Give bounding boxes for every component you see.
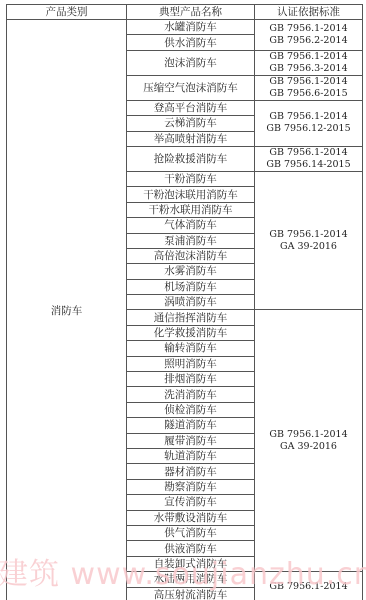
header-row: 产品类别 典型产品名称 认证依据标准 [7,5,363,20]
product-name: 排烟消防车 [127,372,255,387]
product-name: 高倍泡沫消防车 [127,248,255,263]
product-name: 自装卸式消防车 [127,556,255,571]
product-name: 干粉泡沫联用消防车 [127,187,255,202]
product-name: 宣传消防车 [127,495,255,510]
product-name: 通信指挥消防车 [127,310,255,325]
standard-cell: GB 7956.1-2014 GA 39-2016 [255,310,363,572]
table-row: 消防车 水罐消防车 GB 7956.1-2014 GB 7956.2-2014 [7,20,363,35]
product-name: 器材消防车 [127,464,255,479]
product-name: 勘察消防车 [127,479,255,494]
standard-cell: GB 7956.1-2014 GB 7956.3-2014 [255,50,363,75]
product-name: 干粉消防车 [127,171,255,186]
standard-cell: GB 7956.1-2014 GA 39-2016 [255,171,363,310]
header-certification-standard: 认证依据标准 [255,5,363,20]
product-name: 举高喷射消防车 [127,131,255,146]
product-name: 侦检消防车 [127,402,255,417]
product-name: 机场消防车 [127,279,255,294]
product-name: 云梯消防车 [127,116,255,131]
standard-cell: GB 7956.1-2014 GB 7956.12-2015 [255,100,363,146]
product-name: 供液消防车 [127,541,255,556]
product-name: 洗消消防车 [127,387,255,402]
header-typical-product-name: 典型产品名称 [127,5,255,20]
product-name: 气体消防车 [127,218,255,233]
standard-cell: GB 7956.1-2014 GB 7956.2-2014 [255,20,363,51]
product-name: 隧道消防车 [127,418,255,433]
product-name: 化学救援消防车 [127,325,255,340]
product-name: 泵浦消防车 [127,233,255,248]
product-name: 抢险救援消防车 [127,146,255,171]
product-name: 水雾消防车 [127,264,255,279]
product-name: 高压射流消防车 [127,587,255,600]
standard-cell: GB 7956.1-2014 GB 7956.6-2015 [255,75,363,100]
product-name: 压缩空气泡沫消防车 [127,75,255,100]
product-name: 输转消防车 [127,341,255,356]
product-name: 登高平台消防车 [127,100,255,115]
product-name: 干粉水联用消防车 [127,202,255,217]
product-name: 涡喷消防车 [127,295,255,310]
product-name: 水带敷设消防车 [127,510,255,525]
product-name: 轨道消防车 [127,448,255,463]
product-name: 供水消防车 [127,35,255,50]
standard-cell: GB 7956.1-2014 [255,572,363,600]
product-name: 供气消防车 [127,525,255,540]
product-name: 水陆两用消防车 [127,572,255,587]
product-name: 照明消防车 [127,356,255,371]
product-category-cell: 消防车 [7,20,127,600]
certification-standards-table: 产品类别 典型产品名称 认证依据标准 消防车 水罐消防车 GB 7956.1-2… [6,4,363,600]
product-name: 泡沫消防车 [127,50,255,75]
product-name: 履带消防车 [127,433,255,448]
standard-cell: GB 7956.1-2014 GB 7956.14-2015 [255,146,363,171]
product-name: 水罐消防车 [127,20,255,35]
header-product-category: 产品类别 [7,5,127,20]
